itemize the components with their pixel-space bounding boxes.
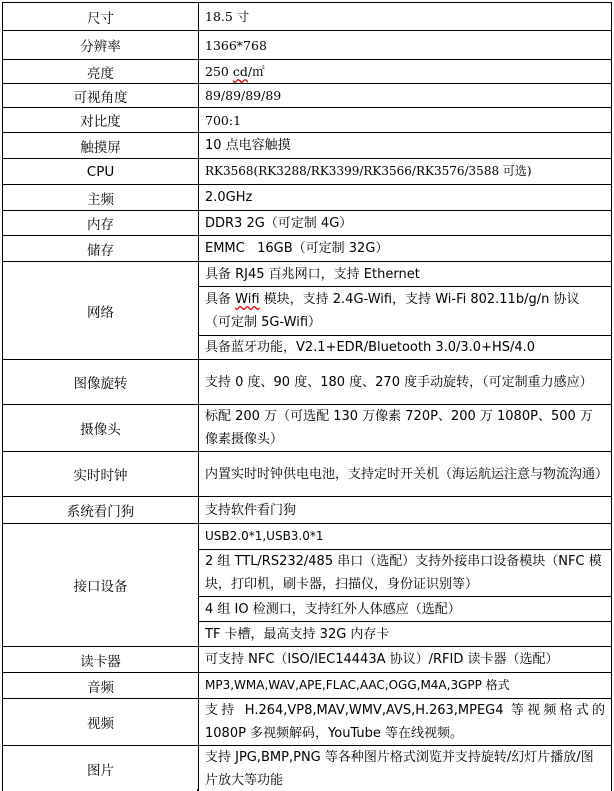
spec-table: 尺寸 18.5 寸 分辨率 1366*768 亮度 250 cd/㎡ 可视角度 … bbox=[2, 2, 612, 791]
table-row-resolution: 分辨率 1366*768 bbox=[3, 31, 612, 60]
table-row-watchdog: 系统看门狗 支持软件看门狗 bbox=[3, 497, 612, 524]
value-video: 支持 H.264,VP8,MAV,WMV,AVS,H.263,MPEG4 等视频… bbox=[199, 699, 612, 746]
table-row-cpu: CPU RK3568(RK3288/RK3399/RK3566/RK3576/3… bbox=[3, 159, 612, 185]
value-rtc: 内置实时时钟供电电池，支持定时开关机（海运航运注意与物流沟通） bbox=[199, 452, 612, 497]
label-cpu: CPU bbox=[3, 159, 199, 185]
value-memory: DDR3 2G（可定制 4G） bbox=[199, 211, 612, 236]
value-cpu: RK3568(RK3288/RK3399/RK3566/RK3576/3588 … bbox=[199, 159, 612, 185]
table-row-size: 尺寸 18.5 寸 bbox=[3, 3, 612, 31]
value-contrast: 700:1 bbox=[199, 108, 612, 133]
table-row-memory: 内存 DDR3 2G（可定制 4G） bbox=[3, 211, 612, 236]
table-row-card-reader: 读卡器 可支持 NFC（ISO/IEC14443A 协议）/RFID 读卡器（选… bbox=[3, 647, 612, 673]
value-interface-serial: 2 组 TTL/RS232/485 串口（选配）支持外接串口设备模块（NFC 模… bbox=[199, 550, 612, 597]
value-interface-io: 4 组 IO 检测口，支持红外人体感应（选配） bbox=[199, 597, 612, 622]
value-audio: MP3,WMA,WAV,APE,FLAC,AAC,OGG,M4A,3GPP 格式 bbox=[199, 673, 612, 699]
label-viewing-angle: 可视角度 bbox=[3, 84, 199, 108]
table-row-audio: 音频 MP3,WMA,WAV,APE,FLAC,AAC,OGG,M4A,3GPP… bbox=[3, 673, 612, 699]
label-memory: 内存 bbox=[3, 211, 199, 236]
table-row-touchscreen: 触摸屏 10 点电容触摸 bbox=[3, 133, 612, 159]
value-touchscreen: 10 点电容触摸 bbox=[199, 133, 612, 159]
table-row-camera: 摄像头 标配 200 万（可选配 130 万像素 720P、200 万 1080… bbox=[3, 405, 612, 452]
value-network-bluetooth: 具备蓝牙功能，V2.1+EDR/Bluetooth 3.0/3.0+HS/4.0 bbox=[199, 336, 612, 360]
table-row-brightness: 亮度 250 cd/㎡ bbox=[3, 60, 612, 84]
table-row-rotation: 图像旋转 支持 0 度、90 度、180 度、270 度手动旋转，（可定制重力感… bbox=[3, 360, 612, 405]
label-contrast: 对比度 bbox=[3, 108, 199, 133]
value-interface-tf: TF 卡槽，最高支持 32G 内存卡 bbox=[199, 622, 612, 647]
label-size: 尺寸 bbox=[3, 3, 199, 31]
label-video: 视频 bbox=[3, 699, 199, 746]
label-network: 网络 bbox=[3, 262, 199, 360]
spellcheck-flagged-wifi: Wifi bbox=[235, 292, 259, 307]
label-frequency: 主频 bbox=[3, 185, 199, 211]
label-interfaces: 接口设备 bbox=[3, 524, 199, 647]
value-brightness: 250 cd/㎡ bbox=[199, 60, 612, 84]
spellcheck-flagged-unit: cd bbox=[233, 64, 248, 79]
label-image: 图片 bbox=[3, 746, 199, 791]
value-frequency: 2.0GHz bbox=[199, 185, 612, 211]
table-row-frequency: 主频 2.0GHz bbox=[3, 185, 612, 211]
table-row-contrast: 对比度 700:1 bbox=[3, 108, 612, 133]
value-network-wifi: 具备 Wifi 模块，支持 2.4G-Wifi，支持 Wi-Fi 802.11b… bbox=[199, 287, 612, 336]
label-rotation: 图像旋转 bbox=[3, 360, 199, 405]
value-rotation: 支持 0 度、90 度、180 度、270 度手动旋转，（可定制重力感应） bbox=[199, 360, 612, 405]
label-rtc: 实时时钟 bbox=[3, 452, 199, 497]
wifi-text-post: 模块，支持 2.4G-Wifi，支持 Wi-Fi 802.11b/g/n 协议（… bbox=[205, 292, 579, 330]
table-row-network-ethernet: 网络 具备 RJ45 百兆网口，支持 Ethernet bbox=[3, 262, 612, 287]
value-camera: 标配 200 万（可选配 130 万像素 720P、200 万 1080P、50… bbox=[199, 405, 612, 452]
label-card-reader: 读卡器 bbox=[3, 647, 199, 673]
value-image: 支持 JPG,BMP,PNG 等各种图片格式浏览并支持旋转/幻灯片播放/图片放大… bbox=[199, 746, 612, 791]
brightness-number: 250 bbox=[205, 64, 233, 79]
value-resolution: 1366*768 bbox=[199, 31, 612, 60]
value-watchdog: 支持软件看门狗 bbox=[199, 497, 612, 524]
value-card-reader: 可支持 NFC（ISO/IEC14443A 协议）/RFID 读卡器（选配） bbox=[199, 647, 612, 673]
value-interface-usb: USB2.0*1,USB3.0*1 bbox=[199, 524, 612, 550]
wifi-text-pre: 具备 bbox=[205, 292, 235, 307]
label-resolution: 分辨率 bbox=[3, 31, 199, 60]
table-row-video: 视频 支持 H.264,VP8,MAV,WMV,AVS,H.263,MPEG4 … bbox=[3, 699, 612, 746]
label-audio: 音频 bbox=[3, 673, 199, 699]
table-row-interface-usb: 接口设备 USB2.0*1,USB3.0*1 bbox=[3, 524, 612, 550]
value-viewing-angle: 89/89/89/89 bbox=[199, 84, 612, 108]
label-brightness: 亮度 bbox=[3, 60, 199, 84]
label-storage: 储存 bbox=[3, 236, 199, 262]
table-row-image: 图片 支持 JPG,BMP,PNG 等各种图片格式浏览并支持旋转/幻灯片播放/图… bbox=[3, 746, 612, 791]
table-row-storage: 储存 EMMC 16GB（可定制 32G） bbox=[3, 236, 612, 262]
brightness-unit: /㎡ bbox=[248, 64, 265, 79]
label-touchscreen: 触摸屏 bbox=[3, 133, 199, 159]
label-watchdog: 系统看门狗 bbox=[3, 497, 199, 524]
value-storage: EMMC 16GB（可定制 32G） bbox=[199, 236, 612, 262]
label-camera: 摄像头 bbox=[3, 405, 199, 452]
table-row-rtc: 实时时钟 内置实时时钟供电电池，支持定时开关机（海运航运注意与物流沟通） bbox=[3, 452, 612, 497]
value-network-ethernet: 具备 RJ45 百兆网口，支持 Ethernet bbox=[199, 262, 612, 287]
value-size: 18.5 寸 bbox=[199, 3, 612, 31]
table-row-viewing-angle: 可视角度 89/89/89/89 bbox=[3, 84, 612, 108]
